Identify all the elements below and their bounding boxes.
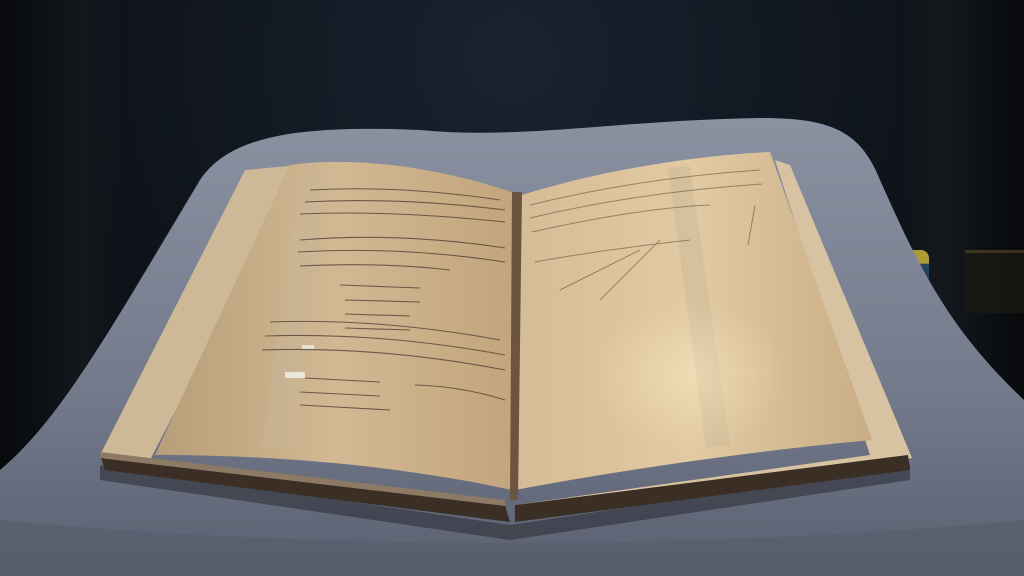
- photo-scene: [0, 0, 1024, 576]
- light-glare: [590, 300, 790, 450]
- book-on-cushion: [0, 0, 1024, 576]
